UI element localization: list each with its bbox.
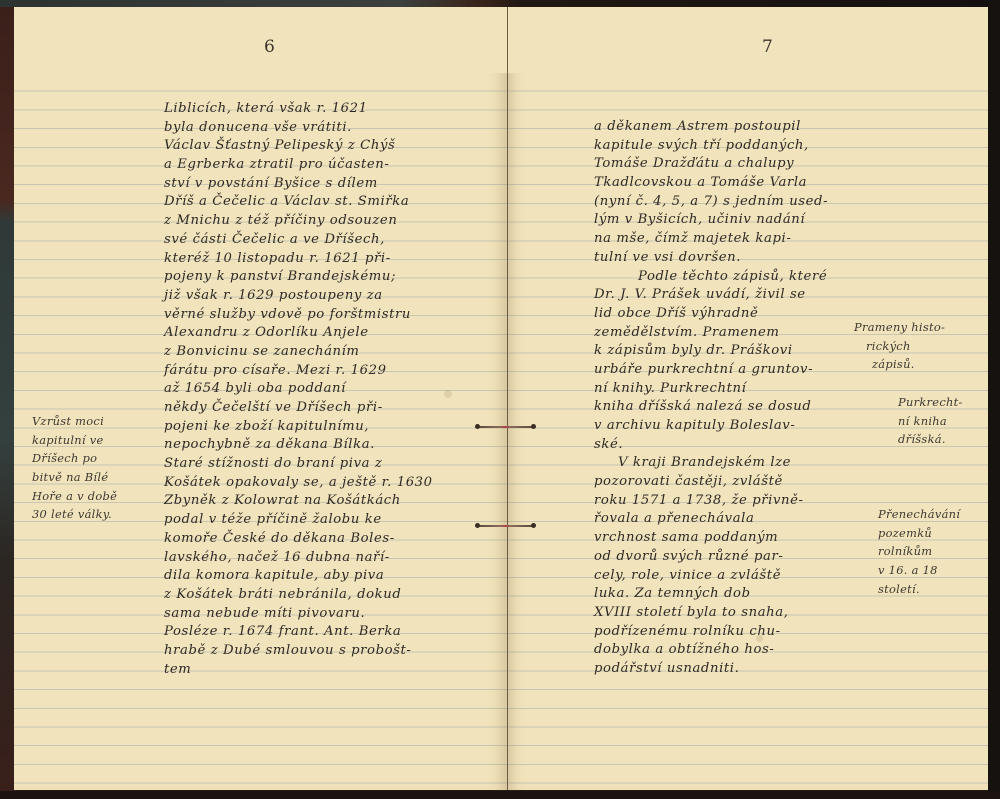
text-line: urbáře purkrechtní a gruntov- (594, 361, 828, 380)
text-line: Košátek opakovaly se, a ještě r. 1630 (164, 474, 433, 493)
text-line: Liblicích, která však r. 1621 (164, 100, 433, 119)
text-line: lid obce Dříš výhradně (594, 305, 828, 324)
margin-note-line: Dříšech po (32, 449, 117, 468)
text-line: ní knihy. Purkrechtní (594, 380, 828, 399)
text-line: v archivu kapituly Boleslav- (594, 417, 828, 436)
text-line: podářství usnadniti. (594, 660, 828, 679)
margin-note-line: Hoře a v době (32, 487, 117, 506)
text-line: komoře České do děkana Boles- (164, 530, 433, 549)
margin-note-line: 30 leté války. (32, 505, 117, 524)
page-number-left: 6 (264, 37, 275, 57)
text-line: zemědělstvím. Pramenem (594, 324, 828, 343)
text-line: k zápisům byly dr. Práškovi (594, 342, 828, 361)
right-margin-note-purkrecht: Purkrecht- ní kniha dříšská. (898, 393, 963, 449)
margin-note-line: v 16. a 18 (878, 561, 960, 580)
text-line: vrchnost sama poddaným (594, 529, 828, 548)
book-spread: 6 Liblicích, která však r. 1621 byla don… (0, 0, 1000, 799)
text-line: Tomáše Dražďátu a chalupy (594, 155, 828, 174)
text-line: kniha dříšská nalezá se dosud (594, 398, 828, 417)
paper-stain (756, 635, 763, 642)
book-cover-bottom-edge (0, 791, 1000, 799)
text-line: a Egrberka ztratil pro účasten- (164, 156, 433, 175)
margin-note-line: bitvě na Bílé (32, 468, 117, 487)
right-margin-note-land-transfer: Přenechávání pozemků rolníkům v 16. a 18… (878, 505, 960, 598)
text-line: z Bonvicinu se zanecháním (164, 343, 433, 362)
text-line: kteréž 10 listopadu r. 1621 při- (164, 250, 433, 269)
text-line: z Mnichu z též příčiny odsouzen (164, 212, 433, 231)
margin-note-line: dříšská. (898, 430, 963, 449)
text-line: až 1654 byli oba poddaní (164, 380, 433, 399)
margin-note-line: Přenechávání (878, 505, 960, 524)
left-margin-note: Vzrůst moci kapitulní ve Dříšech po bitv… (32, 412, 117, 524)
text-line: věrné služby vdově po forštmistru (164, 306, 433, 325)
text-line: řovala a přenechávala (594, 510, 828, 529)
text-line: lavského, načež 16 dubna naří- (164, 549, 433, 568)
margin-note-line: Vzrůst moci (32, 412, 117, 431)
book-cover-right-edge (988, 0, 1000, 799)
margin-note-line: kapitulní ve (32, 431, 117, 450)
text-line: XVIII století byla to snaha, (594, 604, 828, 623)
text-line: a děkanem Astrem postoupil (594, 118, 828, 137)
binding-stitch-lower (477, 525, 534, 527)
text-line: své části Čečelic a ve Dříšech, (164, 231, 433, 250)
text-line: již však r. 1629 postoupeny za (164, 287, 433, 306)
margin-note-line: Prameny histo- (854, 318, 945, 337)
text-line: Tkadlcovskou a Tomáše Varla (594, 174, 828, 193)
page-number-right: 7 (762, 37, 773, 57)
margin-note-line: pozemků (878, 524, 960, 543)
margin-note-line: rických (854, 337, 945, 356)
text-line: Posléze r. 1674 frant. Ant. Berka (164, 623, 433, 642)
text-line: Podle těchto zápisů, které (594, 268, 828, 287)
text-line: podal v téže příčině žalobu ke (164, 511, 433, 530)
text-line: ství v povstání Byšice s dílem (164, 175, 433, 194)
right-page-main-text: a děkanem Astrem postoupil kapitule svýc… (594, 118, 828, 679)
margin-note-line: rolníkům (878, 542, 960, 561)
text-line: pojeni ke zboží kapitulnímu, (164, 418, 433, 437)
text-line: V kraji Brandejském lze (594, 454, 828, 473)
text-line: hrabě z Dubé smlouvou s probošt- (164, 642, 433, 661)
text-line: luka. Za temných dob (594, 585, 828, 604)
text-line: tulní ve vsi dovršen. (594, 249, 828, 268)
text-line: Václav Šťastný Pelipeský z Chýš (164, 137, 433, 156)
text-line: kapitule svých tří poddaných, (594, 137, 828, 156)
book-cover-top-edge (0, 0, 1000, 7)
text-line: sama nebude míti pivovaru. (164, 605, 433, 624)
text-line: Alexandru z Odorlíku Anjele (164, 324, 433, 343)
text-line: fárátu pro císaře. Mezi r. 1629 (164, 362, 433, 381)
margin-note-line: Purkrecht- (898, 393, 963, 412)
text-line: ské. (594, 436, 828, 455)
text-line: dobylka a obtížného hos- (594, 641, 828, 660)
text-line: pojeny k panství Brandejskému; (164, 268, 433, 287)
text-line: z Košátek bráti nebránila, dokud (164, 586, 433, 605)
paper-stain (444, 390, 452, 398)
text-line: dila komora kapitule, aby piva (164, 567, 433, 586)
text-line: roku 1571 a 1738, že přivně- (594, 492, 828, 511)
binding-stitch-upper (477, 426, 534, 428)
text-line: lým v Byšicích, učiniv nadání (594, 211, 828, 230)
text-line: nepochybně za děkana Bílka. (164, 436, 433, 455)
right-margin-note-sources: Prameny histo- rických zápisů. (854, 318, 945, 374)
text-line: od dvorů svých různé par- (594, 548, 828, 567)
text-line: Dr. J. V. Prášek uvádí, živil se (594, 286, 828, 305)
margin-note-line: zápisů. (854, 355, 945, 374)
margin-note-line: ní kniha (898, 412, 963, 431)
text-line: pozorovati častěji, zvláště (594, 473, 828, 492)
text-line: na mše, čímž majetek kapi- (594, 230, 828, 249)
left-page-main-text: Liblicích, která však r. 1621 byla donuc… (164, 100, 433, 679)
text-line: Staré stížnosti do braní piva z (164, 455, 433, 474)
text-line: cely, role, vinice a zvláště (594, 567, 828, 586)
right-page: 7 a děkanem Astrem postoupil kapitule sv… (508, 7, 988, 790)
text-line: byla donucena vše vrátiti. (164, 119, 433, 138)
text-line: Dříš a Čečelic a Václav st. Smiřka (164, 193, 433, 212)
text-line: (nyní č. 4, 5, a 7) s jedním used- (594, 193, 828, 212)
text-line: Zbyněk z Kolowrat na Košátkách (164, 492, 433, 511)
text-line: podřízenému rolníku chu- (594, 623, 828, 642)
text-line: tem (164, 661, 433, 680)
margin-note-line: století. (878, 580, 960, 599)
text-line: někdy Čečelští ve Dříšech při- (164, 399, 433, 418)
left-page: 6 Liblicích, která však r. 1621 byla don… (14, 7, 508, 790)
book-gutter (507, 7, 508, 790)
